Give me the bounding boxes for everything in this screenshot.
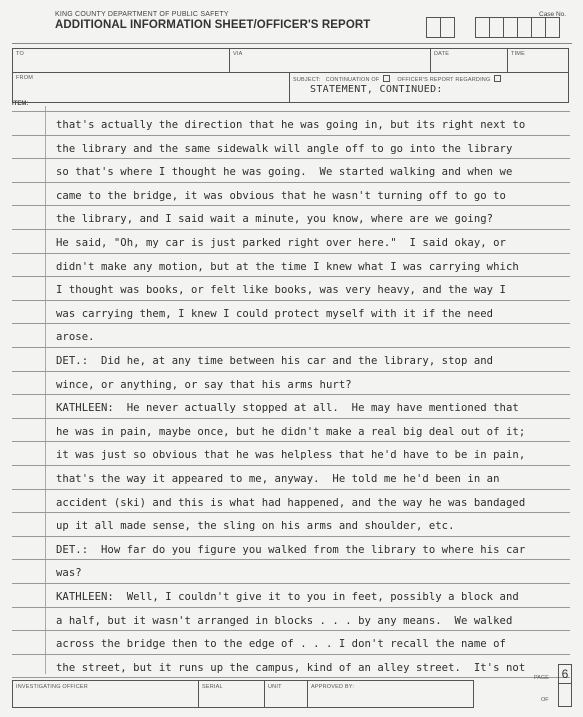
ruled-line [12, 630, 570, 631]
subject-value: STATEMENT, CONTINUED: [310, 84, 443, 95]
continuation-checkbox[interactable] [383, 75, 390, 82]
case-digit-box[interactable] [489, 17, 504, 38]
case-digit-box[interactable] [475, 17, 490, 38]
date-field[interactable]: DATE [431, 49, 508, 73]
routing-form: TO VIA DATE TIME FROM SUBJECT: CONTINUAT… [12, 48, 569, 103]
ruled-line [12, 347, 570, 348]
statement-line: He said, "Oh, my car is just parked righ… [56, 237, 566, 249]
statement-line: the library, and I said wait a minute, y… [56, 213, 566, 225]
unit-field[interactable]: UNIT [265, 681, 308, 707]
ruled-line [12, 441, 570, 442]
ruled-line [12, 135, 570, 136]
time-label: TIME [511, 51, 525, 57]
ruled-line [12, 465, 570, 466]
statement-line: wince, or anything, or say that his arms… [56, 379, 566, 391]
via-field[interactable]: VIA [230, 49, 431, 73]
officers-report-label: OFFICER'S REPORT REGARDING [397, 77, 490, 83]
approved-by-field[interactable]: APPROVED BY: [308, 681, 473, 707]
statement-line: the library and the same sidewalk will a… [56, 143, 566, 155]
ruled-line [12, 229, 570, 230]
ruled-line [12, 559, 570, 560]
statement-line: the street, but it runs up the campus, k… [56, 662, 566, 674]
statement-line: that's the way it appeared to me, anyway… [56, 473, 566, 485]
subject-label: SUBJECT: [293, 77, 321, 83]
signature-block: INVESTIGATING OFFICER SERIAL UNIT APPROV… [12, 680, 474, 708]
ruled-line [12, 394, 570, 395]
statement-line: across the bridge then to the edge of . … [56, 638, 566, 650]
time-field[interactable]: TIME [508, 49, 568, 73]
ruled-line [12, 489, 570, 490]
ruled-line [12, 300, 570, 301]
statement-line: was carrying them, I knew I could protec… [56, 308, 566, 320]
statement-line: so that's where I thought he was going. … [56, 166, 566, 178]
page-label: PAGE [534, 675, 549, 681]
ruled-line [12, 677, 570, 678]
approved-by-label: APPROVED BY: [311, 684, 354, 690]
statement-line: accident (ski) and this is what had happ… [56, 497, 566, 509]
statement-line: DET.: How far do you figure you walked f… [56, 544, 566, 556]
case-digit-box[interactable] [531, 17, 546, 38]
ruled-line [12, 418, 570, 419]
case-digit-box[interactable] [545, 17, 560, 38]
ruled-line [12, 607, 570, 608]
report-page: KING COUNTY DEPARTMENT OF PUBLIC SAFETY … [0, 0, 583, 717]
statement-line: a half, but it wasn't arranged in blocks… [56, 615, 566, 627]
unit-label: UNIT [268, 684, 282, 690]
ruled-line [12, 583, 570, 584]
officers-report-checkbox[interactable] [494, 75, 501, 82]
of-label: OF [541, 697, 549, 703]
ruled-line [12, 158, 570, 159]
serial-field[interactable]: SERIAL [199, 681, 265, 707]
statement-line: up it all made sense, the sling on his a… [56, 520, 566, 532]
case-prefix-boxes [427, 17, 455, 38]
ruled-line [12, 205, 570, 206]
ruled-line [12, 371, 570, 372]
statement-line: arose. [56, 331, 566, 343]
statement-line: didn't make any motion, but at the time … [56, 261, 566, 273]
via-label: VIA [233, 51, 242, 57]
case-digit-box[interactable] [426, 17, 441, 38]
header-divider [12, 43, 572, 44]
from-label: FROM [16, 75, 33, 81]
statement-line: came to the bridge, it was obvious that … [56, 190, 566, 202]
statement-line: he was in pain, maybe once, but he didn'… [56, 426, 566, 438]
ruled-line [12, 111, 570, 112]
investigating-officer-field[interactable]: INVESTIGATING OFFICER [13, 681, 199, 707]
department-name: KING COUNTY DEPARTMENT OF PUBLIC SAFETY [55, 11, 229, 18]
ruled-line [12, 323, 570, 324]
ruled-line [12, 654, 570, 655]
page-number[interactable]: 6 [558, 664, 572, 684]
to-label: TO [16, 51, 24, 57]
ruled-line [12, 182, 570, 183]
ruled-line [12, 512, 570, 513]
ruled-line [12, 536, 570, 537]
statement-line: KATHLEEN: Well, I couldn't give it to yo… [56, 591, 566, 603]
investigating-officer-label: INVESTIGATING OFFICER [16, 684, 88, 690]
to-field[interactable]: TO [13, 49, 230, 73]
case-number-boxes [476, 17, 560, 38]
subject-field[interactable]: SUBJECT: CONTINUATION OF OFFICER'S REPOR… [290, 73, 568, 102]
ruled-line [12, 253, 570, 254]
statement-line: I thought was books, or felt like books,… [56, 284, 566, 296]
from-field[interactable]: FROM [13, 73, 290, 102]
continuation-label: CONTINUATION OF [326, 77, 380, 83]
margin-rule [45, 106, 46, 674]
serial-label: SERIAL [202, 684, 223, 690]
total-pages-box[interactable] [558, 683, 572, 707]
statement-line: that's actually the direction that he wa… [56, 119, 566, 131]
date-label: DATE [434, 51, 449, 57]
subject-options: SUBJECT: CONTINUATION OF OFFICER'S REPOR… [293, 75, 503, 83]
statement-line: was? [56, 567, 566, 579]
ruled-line [12, 276, 570, 277]
form-title: ADDITIONAL INFORMATION SHEET/OFFICER'S R… [55, 19, 370, 31]
statement-line: KATHLEEN: He never actually stopped at a… [56, 402, 566, 414]
case-digit-box[interactable] [517, 17, 532, 38]
case-digit-box[interactable] [440, 17, 455, 38]
statement-line: DET.: Did he, at any time between his ca… [56, 355, 566, 367]
statement-line: it was just so obvious that he was helpl… [56, 449, 566, 461]
statement-body: that's actually the direction that he wa… [12, 106, 570, 674]
case-digit-box[interactable] [503, 17, 518, 38]
